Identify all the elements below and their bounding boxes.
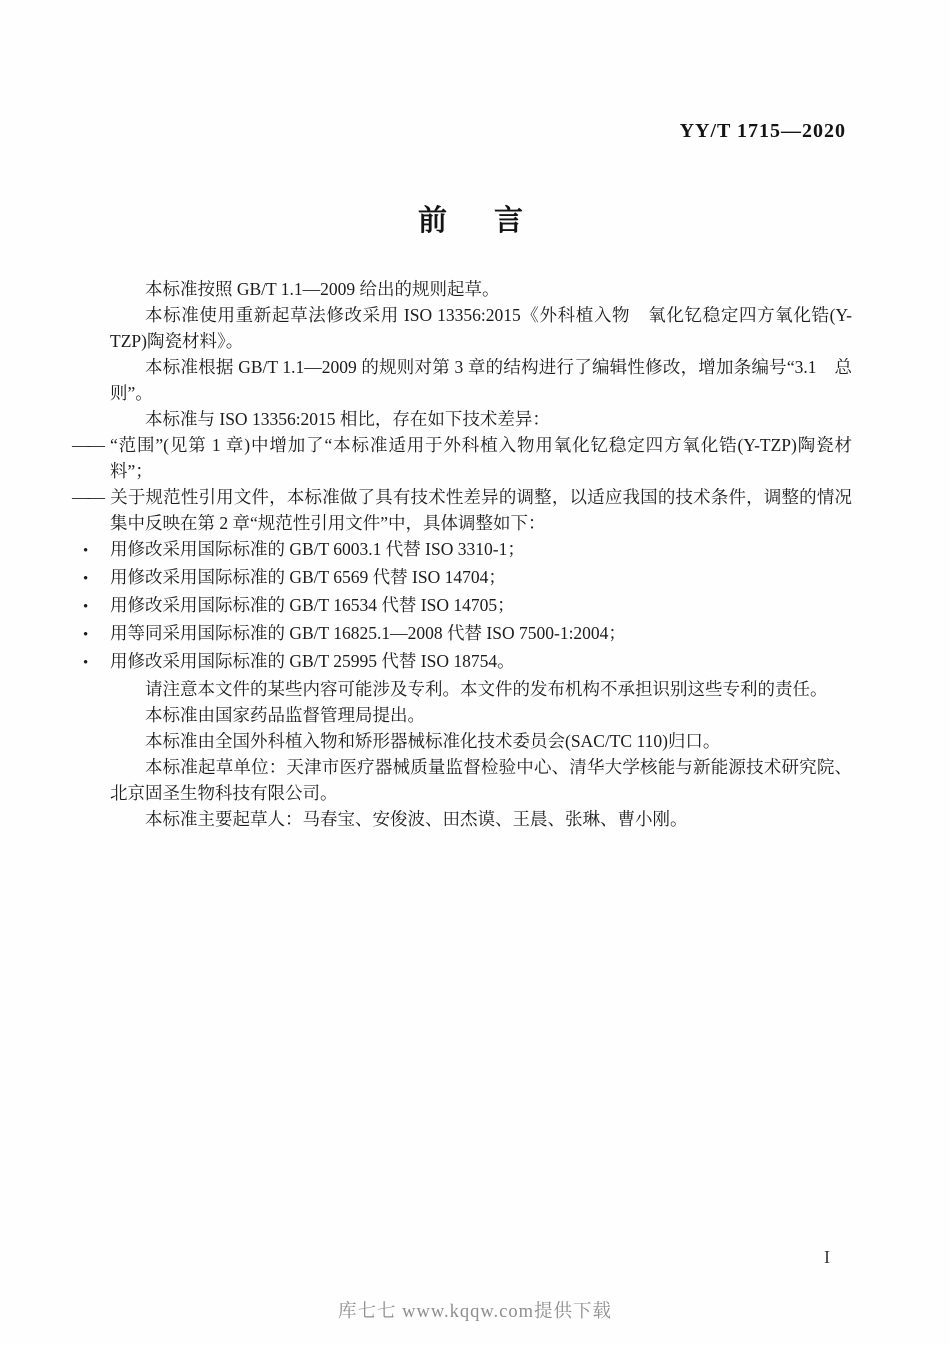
bullet-item-text: 用修改采用国际标准的 GB/T 6003.1 代替 ISO 3310-1； xyxy=(110,539,525,559)
foreword-paragraph: 本标准与 ISO 13356:2015 相比，存在如下技术差异： xyxy=(110,406,852,432)
bullet-list-item: •用修改采用国际标准的 GB/T 16534 代替 ISO 14705； xyxy=(110,592,852,620)
foreword-paragraph: 本标准由全国外科植入物和矫形器械标准化技术委员会(SAC/TC 110)归口。 xyxy=(110,728,852,754)
bullet-item-text: 用修改采用国际标准的 GB/T 25995 代替 ISO 18754。 xyxy=(110,651,515,671)
dash-marker: —— xyxy=(72,484,110,510)
footer-watermark: 库七七 www.kqqw.com提供下载 xyxy=(0,1297,950,1323)
foreword-paragraph: 本标准使用重新起草法修改采用 ISO 13356:2015《外科植入物 氧化钇稳… xyxy=(110,302,852,354)
foreword-paragraph: 请注意本文件的某些内容可能涉及专利。本文件的发布机构不承担识别这些专利的责任。 xyxy=(110,676,852,702)
dash-item-text: “范围”(见第 1 章)中增加了“本标准适用于外科植入物用氧化钇稳定四方氧化锆(… xyxy=(110,435,852,481)
bullet-list-item: •用修改采用国际标准的 GB/T 6569 代替 ISO 14704； xyxy=(110,564,852,592)
bullet-list-item: •用等同采用国际标准的 GB/T 16825.1—2008 代替 ISO 750… xyxy=(110,620,852,648)
dash-item-text: 关于规范性引用文件，本标准做了具有技术性差异的调整，以适应我国的技术条件，调整的… xyxy=(110,487,852,533)
foreword-paragraph: 本标准由国家药品监督管理局提出。 xyxy=(110,702,852,728)
bullet-list-item: •用修改采用国际标准的 GB/T 25995 代替 ISO 18754。 xyxy=(110,648,852,676)
standard-code: YY/T 1715—2020 xyxy=(680,120,846,143)
foreword-paragraph: 本标准根据 GB/T 1.1—2009 的规则对第 3 章的结构进行了编辑性修改… xyxy=(110,354,852,406)
bullet-icon: • xyxy=(83,538,110,564)
bullet-list-item: •用修改采用国际标准的 GB/T 6003.1 代替 ISO 3310-1； xyxy=(110,536,852,564)
page-title: 前 言 xyxy=(0,198,950,239)
foreword-paragraph: 本标准按照 GB/T 1.1—2009 给出的规则起草。 xyxy=(110,276,852,302)
bullet-item-text: 用修改采用国际标准的 GB/T 6569 代替 ISO 14704； xyxy=(110,567,506,587)
bullet-icon: • xyxy=(83,566,110,592)
dash-marker: —— xyxy=(72,432,110,458)
bullet-item-text: 用修改采用国际标准的 GB/T 16534 代替 ISO 14705； xyxy=(110,595,515,615)
dash-list-item: ——关于规范性引用文件，本标准做了具有技术性差异的调整，以适应我国的技术条件，调… xyxy=(110,484,852,536)
bullet-icon: • xyxy=(83,650,110,676)
foreword-paragraph: 本标准起草单位：天津市医疗器械质量监督检验中心、清华大学核能与新能源技术研究院、… xyxy=(110,754,852,806)
bullet-icon: • xyxy=(83,622,110,648)
foreword-paragraph: 本标准主要起草人：马春宝、安俊波、田杰谟、王晨、张琳、曹小刚。 xyxy=(110,806,852,832)
bullet-item-text: 用等同采用国际标准的 GB/T 16825.1—2008 代替 ISO 7500… xyxy=(110,623,626,643)
foreword-content: 本标准按照 GB/T 1.1—2009 给出的规则起草。 本标准使用重新起草法修… xyxy=(110,276,852,832)
dash-list-item: ——“范围”(见第 1 章)中增加了“本标准适用于外科植入物用氧化钇稳定四方氧化… xyxy=(110,432,852,484)
bullet-icon: • xyxy=(83,594,110,620)
page-number: I xyxy=(824,1247,830,1268)
document-page: YY/T 1715—2020 前 言 本标准按照 GB/T 1.1—2009 给… xyxy=(0,0,950,1345)
